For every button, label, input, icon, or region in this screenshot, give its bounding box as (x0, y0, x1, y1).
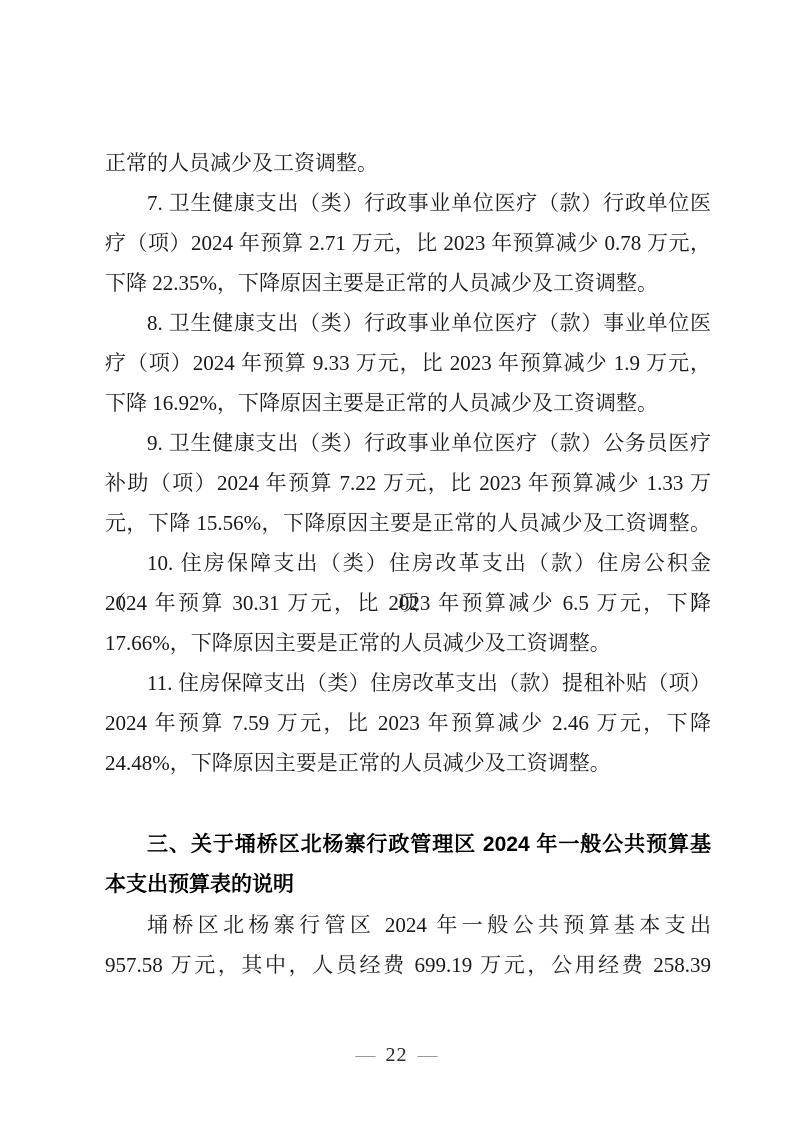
paragraph-item-8: 8. 卫生健康支出（类）行政事业单位医疗（款）事业单位医 疗（项）2024 年预… (105, 303, 711, 423)
page-number-dash-right: — (408, 1044, 448, 1066)
text-line: 7. 卫生健康支出（类）行政事业单位医疗（款）行政单位医 (105, 183, 711, 223)
page-number: 22 (386, 1044, 408, 1066)
document-body: 正常的人员减少及工资调整。 7. 卫生健康支出（类）行政事业单位医疗（款）行政单… (105, 143, 711, 985)
text-line: 补助（项）2024 年预算 7.22 万元，比 2023 年预算减少 1.33 … (105, 463, 711, 503)
text-line: 17.66%，下降原因主要是正常的人员减少及工资调整。 (105, 623, 711, 663)
paragraph-item-10: 10. 住房保障支出（类）住房改革支出（款）住房公积金（项） 2024 年预算 … (105, 543, 711, 663)
text-line: 957.58 万元，其中，人员经费 699.19 万元，公用经费 258.39 (105, 945, 711, 985)
page-footer: —22— (0, 1040, 793, 1070)
text-line: 24.48%，下降原因主要是正常的人员减少及工资调整。 (105, 743, 711, 783)
paragraph-continuation: 正常的人员减少及工资调整。 (105, 143, 711, 183)
text-line: 正常的人员减少及工资调整。 (105, 143, 711, 183)
section-heading: 三、关于埇桥区北杨寨行政管理区 2024 年一般公共预算基 本支出预算表的说明 (105, 825, 711, 905)
page-number-dash-left: — (346, 1044, 386, 1066)
paragraph-item-11: 11. 住房保障支出（类）住房改革支出（款）提租补贴（项） 2024 年预算 7… (105, 663, 711, 783)
text-line: 11. 住房保障支出（类）住房改革支出（款）提租补贴（项） (105, 663, 711, 703)
paragraph-item-9: 9. 卫生健康支出（类）行政事业单位医疗（款）公务员医疗 补助（项）2024 年… (105, 423, 711, 543)
paragraph-item-7: 7. 卫生健康支出（类）行政事业单位医疗（款）行政单位医 疗（项）2024 年预… (105, 183, 711, 303)
text-line: 疗（项）2024 年预算 2.71 万元，比 2023 年预算减少 0.78 万… (105, 223, 711, 263)
paragraph-closing: 埇桥区北杨寨行管区 2024 年一般公共预算基本支出 957.58 万元，其中，… (105, 905, 711, 985)
text-line: 9. 卫生健康支出（类）行政事业单位医疗（款）公务员医疗 (105, 423, 711, 463)
text-line: 元，下降 15.56%，下降原因主要是正常的人员减少及工资调整。 (105, 503, 711, 543)
section-heading-line: 三、关于埇桥区北杨寨行政管理区 2024 年一般公共预算基 (105, 825, 711, 865)
text-line: 疗（项）2024 年预算 9.33 万元，比 2023 年预算减少 1.9 万元… (105, 343, 711, 383)
section-heading-line: 本支出预算表的说明 (105, 865, 711, 905)
text-line: 2024 年预算 30.31 万元，比 2023 年预算减少 6.5 万元，下降 (105, 583, 711, 623)
text-line: 埇桥区北杨寨行管区 2024 年一般公共预算基本支出 (105, 905, 711, 945)
text-line: 下降 16.92%，下降原因主要是正常的人员减少及工资调整。 (105, 383, 711, 423)
document-page: 正常的人员减少及工资调整。 7. 卫生健康支出（类）行政事业单位医疗（款）行政单… (0, 0, 793, 1122)
text-line: 8. 卫生健康支出（类）行政事业单位医疗（款）事业单位医 (105, 303, 711, 343)
text-line: 2024 年预算 7.59 万元，比 2023 年预算减少 2.46 万元，下降 (105, 703, 711, 743)
text-line: 下降 22.35%，下降原因主要是正常的人员减少及工资调整。 (105, 263, 711, 303)
text-line: 10. 住房保障支出（类）住房改革支出（款）住房公积金（项） (105, 543, 711, 583)
